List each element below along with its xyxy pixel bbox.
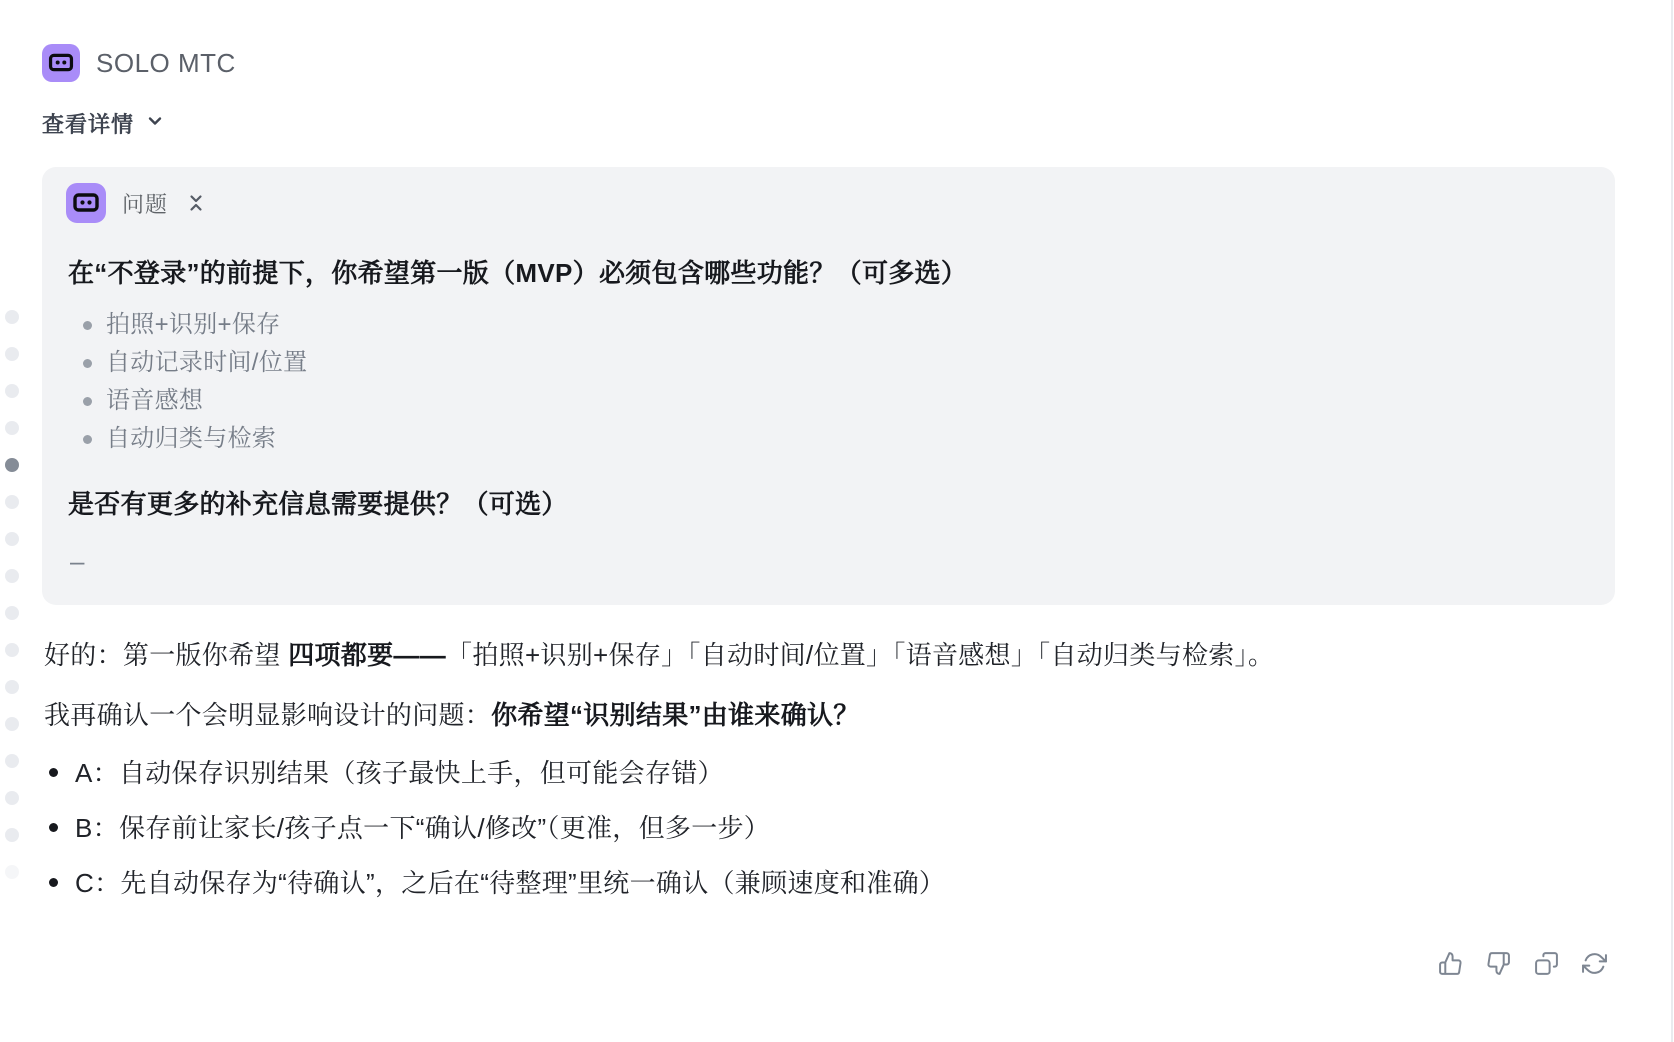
timeline-dot[interactable] [5, 532, 19, 546]
card-option: 语音感想 [66, 382, 1591, 420]
timeline-dot[interactable] [5, 754, 19, 768]
message-action-bar [42, 950, 1615, 976]
choice-item-c: C：先自动保存为“待确认”，之后在“待整理”里统一确认（兼顾速度和准确） [42, 868, 1615, 898]
timeline-dot[interactable] [5, 458, 19, 472]
timeline-dot[interactable] [5, 828, 19, 842]
card-option-list: 拍照+识别+保存 自动记录时间/位置 语音感想 自动归类与检索 [66, 306, 1591, 458]
timeline-dot[interactable] [5, 865, 19, 879]
panel-divider [1671, 0, 1673, 1042]
question-card-header: 问题 [66, 183, 1591, 223]
reply-paragraph-2: 我再确认一个会明显影响设计的问题：你希望“识别结果”由谁来确认？ [44, 697, 1615, 733]
thumbs-down-icon [1486, 951, 1511, 976]
timeline-dot[interactable] [5, 791, 19, 805]
thumbs-down-button[interactable] [1485, 950, 1511, 976]
regenerate-icon [1582, 951, 1607, 976]
timeline-dot[interactable] [5, 606, 19, 620]
choice-list: A：自动保存识别结果（孩子最快上手，但可能会存错） B：保存前让家长/孩子点一下… [42, 758, 1615, 898]
view-details-label: 查看详情 [42, 108, 134, 139]
timeline-dot[interactable] [5, 643, 19, 657]
message-header: SOLO MTC [42, 44, 1615, 82]
timeline-dot[interactable] [5, 680, 19, 694]
card-question-1: 在“不登录”的前提下，你希望第一版（MVP）必须包含哪些功能？（可多选） [68, 253, 1591, 290]
robot-card-icon [66, 183, 106, 223]
card-option: 拍照+识别+保存 [66, 306, 1591, 344]
timeline-dot[interactable] [5, 569, 19, 583]
question-card-label: 问题 [122, 188, 168, 219]
card-question-2: 是否有更多的补充信息需要提供？（可选） [68, 484, 1591, 521]
copy-button[interactable] [1533, 950, 1559, 976]
reply-paragraph-1: 好的：第一版你希望 四项都要——「拍照+识别+保存」「自动时间/位置」「语音感想… [44, 637, 1615, 673]
choice-item-a: A：自动保存识别结果（孩子最快上手，但可能会存错） [42, 758, 1615, 788]
card-option: 自动归类与检索 [66, 420, 1591, 458]
collapse-icon[interactable] [184, 191, 208, 215]
agent-title: SOLO MTC [96, 48, 236, 79]
timeline-dot[interactable] [5, 347, 19, 361]
thumbs-up-icon [1438, 951, 1463, 976]
reply-paragraph-1-bold: 四项都要—— [288, 640, 446, 670]
timeline-dot[interactable] [5, 310, 19, 324]
timeline-dot[interactable] [5, 495, 19, 509]
timeline-dot[interactable] [5, 421, 19, 435]
timeline-rail [5, 310, 19, 879]
chevron-down-icon [144, 110, 166, 137]
regenerate-button[interactable] [1581, 950, 1607, 976]
question-card: 问题 在“不登录”的前提下，你希望第一版（MVP）必须包含哪些功能？（可多选） … [42, 167, 1615, 605]
card-option: 自动记录时间/位置 [66, 344, 1591, 382]
view-details-toggle[interactable]: 查看详情 [42, 108, 166, 139]
timeline-dot[interactable] [5, 717, 19, 731]
reply-paragraph-2-bold: 你希望“识别结果”由谁来确认？ [491, 700, 860, 730]
thumbs-up-button[interactable] [1437, 950, 1463, 976]
timeline-dot[interactable] [5, 384, 19, 398]
copy-icon [1534, 951, 1559, 976]
choice-item-b: B：保存前让家长/孩子点一下“确认/修改”（更准，但多一步） [42, 813, 1615, 843]
answer-placeholder: – [70, 547, 1591, 575]
robot-avatar-icon [42, 44, 80, 82]
chat-message: SOLO MTC 查看详情 问题 在“ [42, 0, 1615, 976]
